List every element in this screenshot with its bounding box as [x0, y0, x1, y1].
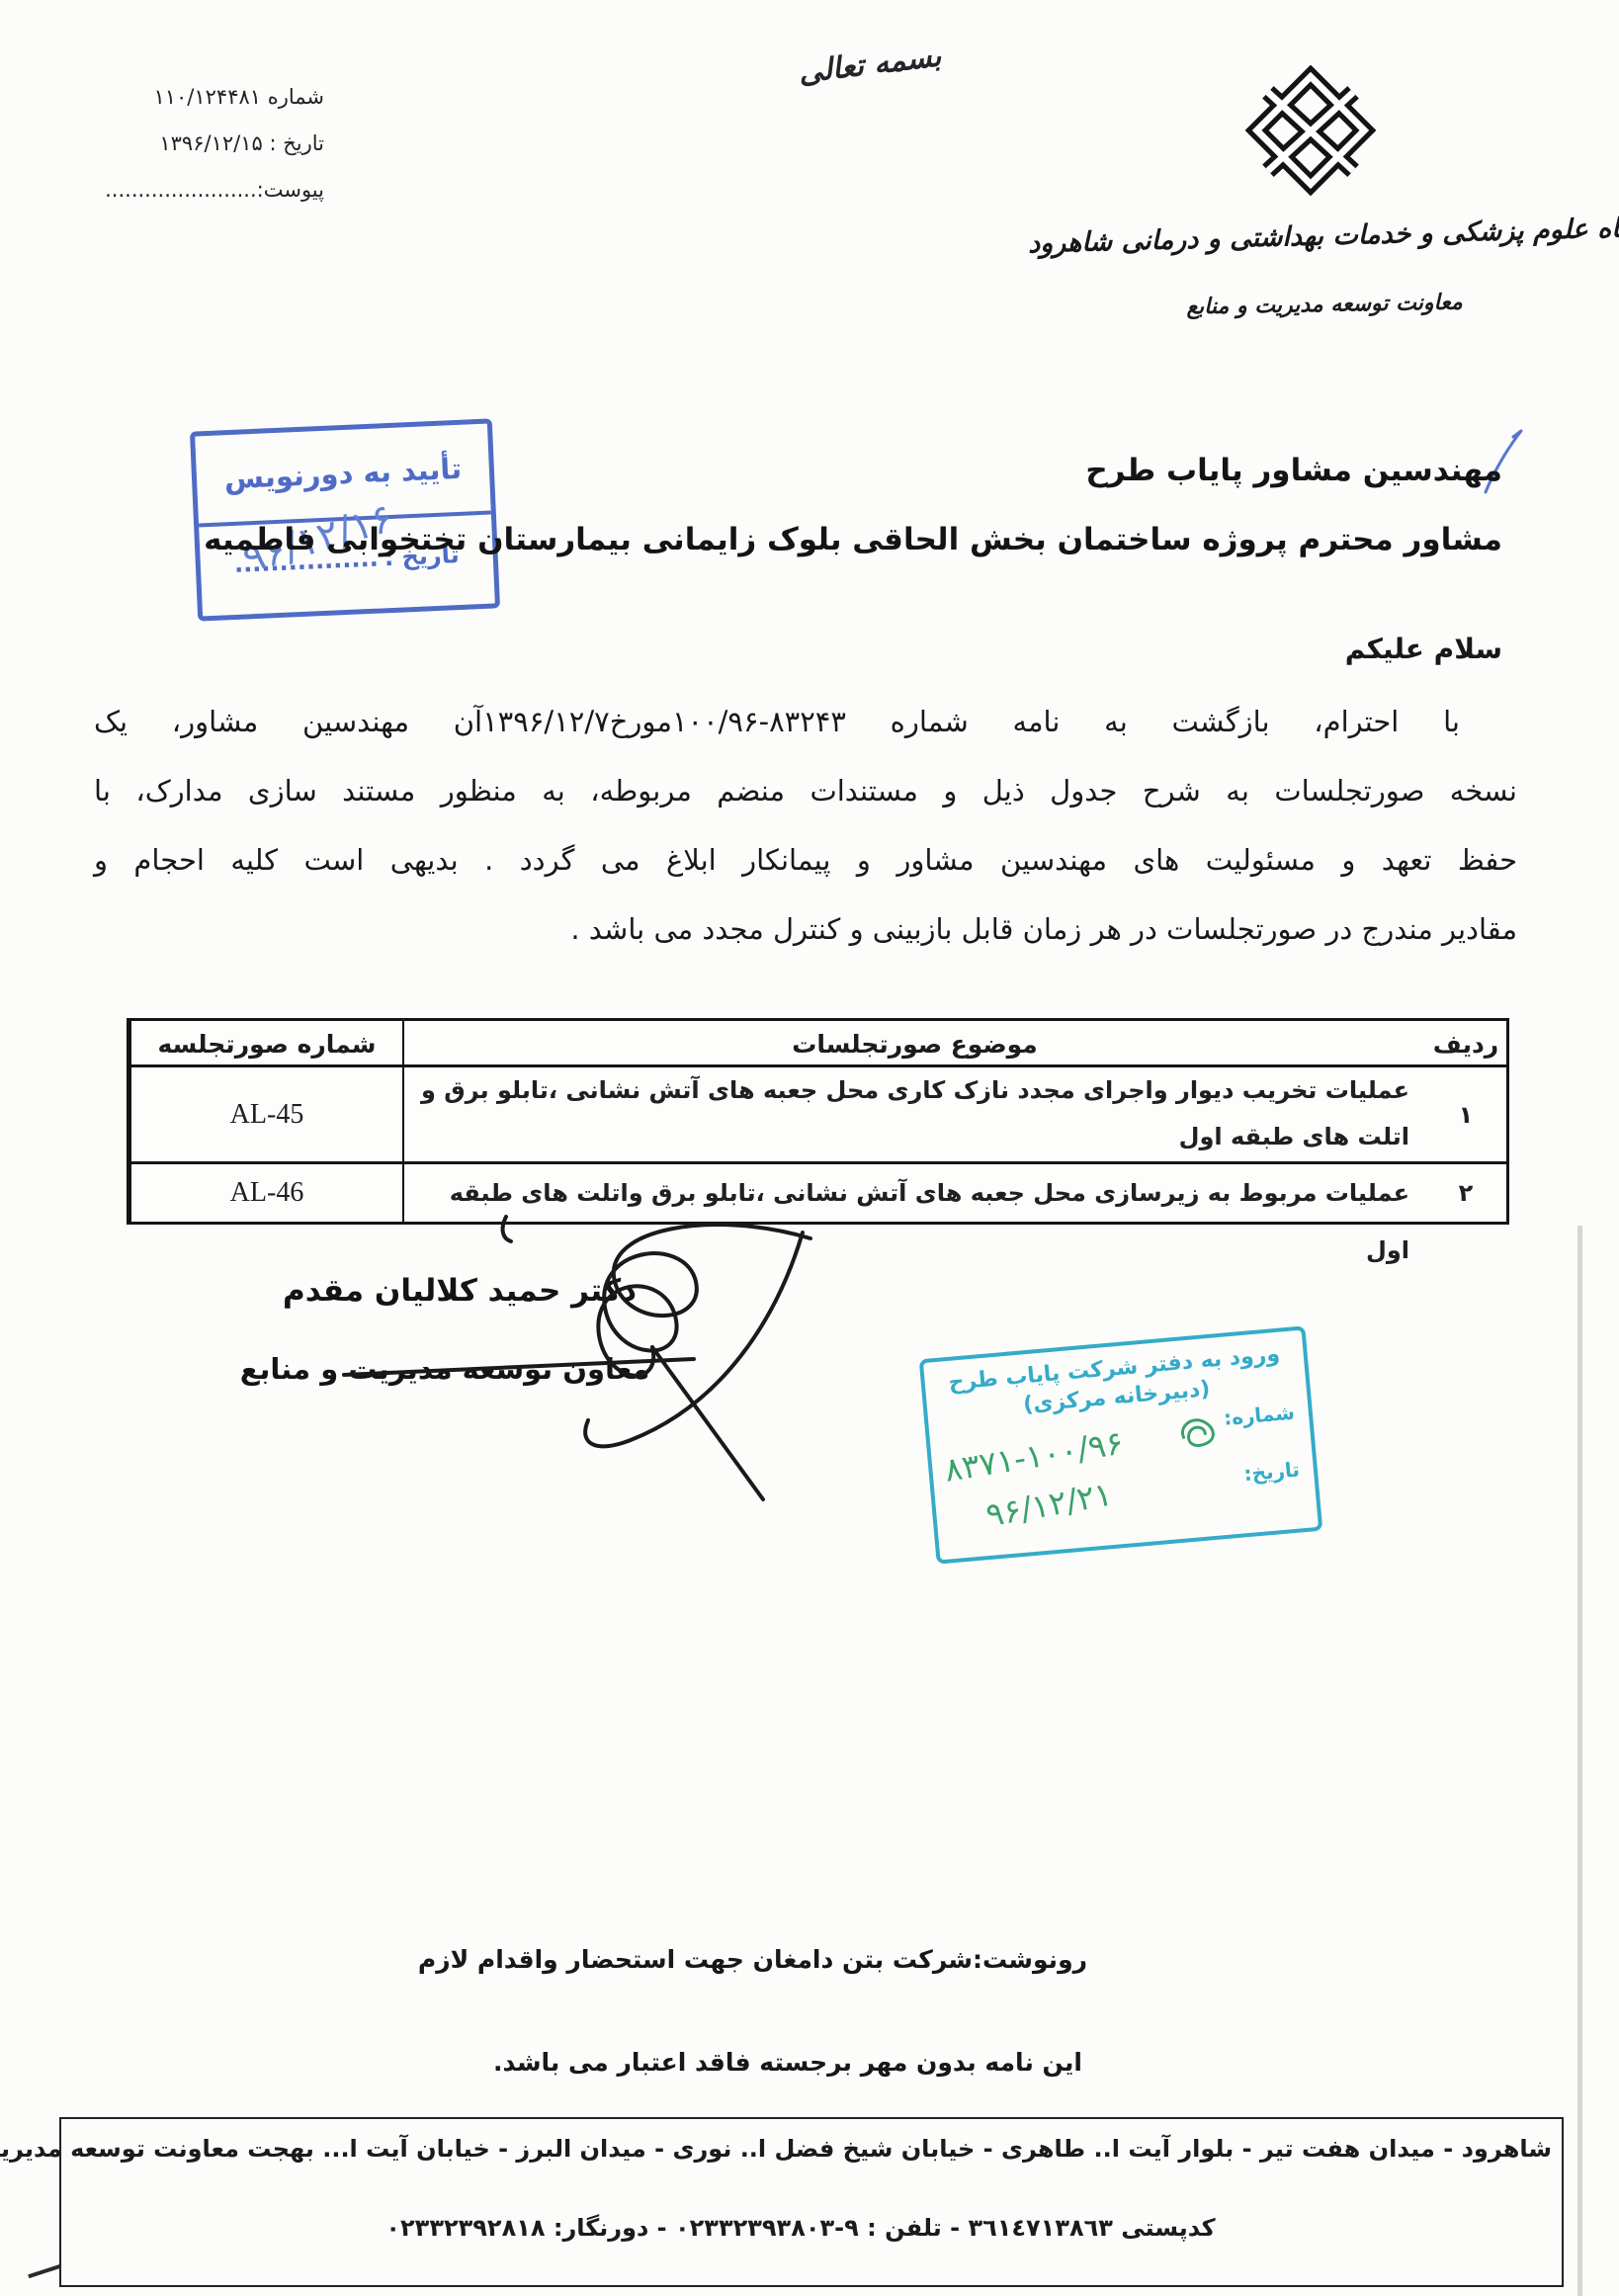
entry-stamp-paraph-scribble: [1174, 1412, 1223, 1456]
ref-date-line: تاریخ : ۱۳۹۶/۱۲/۱۵: [127, 131, 324, 155]
row-number: ۱: [1425, 1067, 1506, 1164]
letter-body: با احترام، بازگشت به نامه شماره ۸۳۲۴۳-۱۰…: [94, 687, 1517, 964]
ref-attachment-dots: .......................: [105, 178, 257, 202]
entry-stamp-date-label: تاریخ:: [1243, 1457, 1301, 1486]
scan-edge-artifact: [1577, 1226, 1582, 2296]
row-subject: عملیات تخریب دیوار واجرای مجدد نازک کاری…: [402, 1067, 1425, 1164]
fax-approval-stamp: تأیید به دورنویس تاریخ : ...............…: [190, 418, 500, 621]
body-line: نسخه صورتجلسات به شرح جدول ذیل و مستندات…: [94, 756, 1517, 825]
body-line: با احترام، بازگشت به نامه شماره ۸۳۲۴۳-۱۰…: [94, 687, 1517, 756]
reference-block: شماره ۱۱۰/۱۲۴۴۸۱ تاریخ : ۱۳۹۶/۱۲/۱۵ پیوس…: [127, 85, 324, 224]
row-minutes-number: AL-45: [129, 1067, 402, 1164]
cc-line: رونوشت:شرکت بتن دامغان جهت استحضار واقدا…: [297, 1945, 1087, 1974]
row-number: ۲: [1425, 1164, 1506, 1222]
ref-number-value: ۱۱۰/۱۲۴۴۸۱: [153, 85, 261, 109]
col-header-minutes-number: شماره صورتجلسه: [129, 1021, 402, 1067]
ref-date-value: ۱۳۹۶/۱۲/۱۵: [159, 131, 262, 155]
university-logo-icon: [1243, 65, 1378, 213]
department-name: معاونت توسعه مدیریت و منابع: [1117, 289, 1532, 320]
ref-number-label: شماره: [268, 85, 324, 109]
scan-corner-artifact: [28, 2264, 61, 2278]
ref-attachment-line: پیوست:.......................: [127, 178, 324, 202]
university-name: دانشگاه علوم پزشکی و خدمات بهداشتی و درم…: [1028, 214, 1582, 260]
ref-date-label: تاریخ :: [269, 131, 324, 155]
body-line: مقادیر مندرج در صورتجلسات در هر زمان قاب…: [94, 894, 1517, 964]
table-row: ۱ عملیات تخریب دیوار واجرای مجدد نازک کا…: [129, 1067, 1506, 1164]
recipient-title-line: مشاور محترم پروژه ساختمان بخش الحاقی بلو…: [94, 522, 1502, 557]
table-header-row: ردیف موضوع صورتجلسات شماره صورتجلسه: [129, 1021, 1506, 1067]
body-line: حفظ تعهد و مسئولیت های مهندسین مشاور و پ…: [94, 825, 1517, 894]
footer-address: شاهرود - میدان هفت تیر - بلوار آیت ا.. ط…: [69, 2135, 1552, 2163]
ref-number-line: شماره ۱۱۰/۱۲۴۴۸۱: [127, 85, 324, 109]
ref-attachment-label: پیوست:: [257, 178, 324, 202]
col-header-row-number: ردیف: [1425, 1021, 1506, 1067]
university-logo: [1243, 65, 1378, 217]
minutes-table: ردیف موضوع صورتجلسات شماره صورتجلسه ۱ عم…: [127, 1018, 1509, 1225]
recipient-name: مهندسین مشاور پایاب طرح: [593, 453, 1502, 488]
validity-note: این نامه بدون مهر برجسته فاقد اعتبار می …: [297, 2048, 1082, 2077]
col-header-subject: موضوع صورتجلسات: [402, 1021, 1425, 1067]
scanned-letter-page: بسمه تعالی شماره ۱۱۰/۱۲۴۴۸۱ تاریخ : ۱۳۹۶…: [0, 0, 1619, 2296]
footer-contact: کدپستی ۳٦۱٤۷۱۳۸٦۳ - تلفن : ۹-۰۲۳۳۲۳۹۳۸۰۳…: [69, 2214, 1532, 2242]
handwritten-signature: [297, 1211, 830, 1511]
entry-stamp-number-label: شماره:: [1223, 1401, 1296, 1430]
salutation: سلام علیکم: [692, 633, 1502, 665]
company-entry-stamp: ورود به دفتر شرکت پایاب طرح (دبیرخانه مر…: [919, 1325, 1323, 1564]
bismillah-calligraphy: بسمه تعالی: [750, 34, 989, 97]
